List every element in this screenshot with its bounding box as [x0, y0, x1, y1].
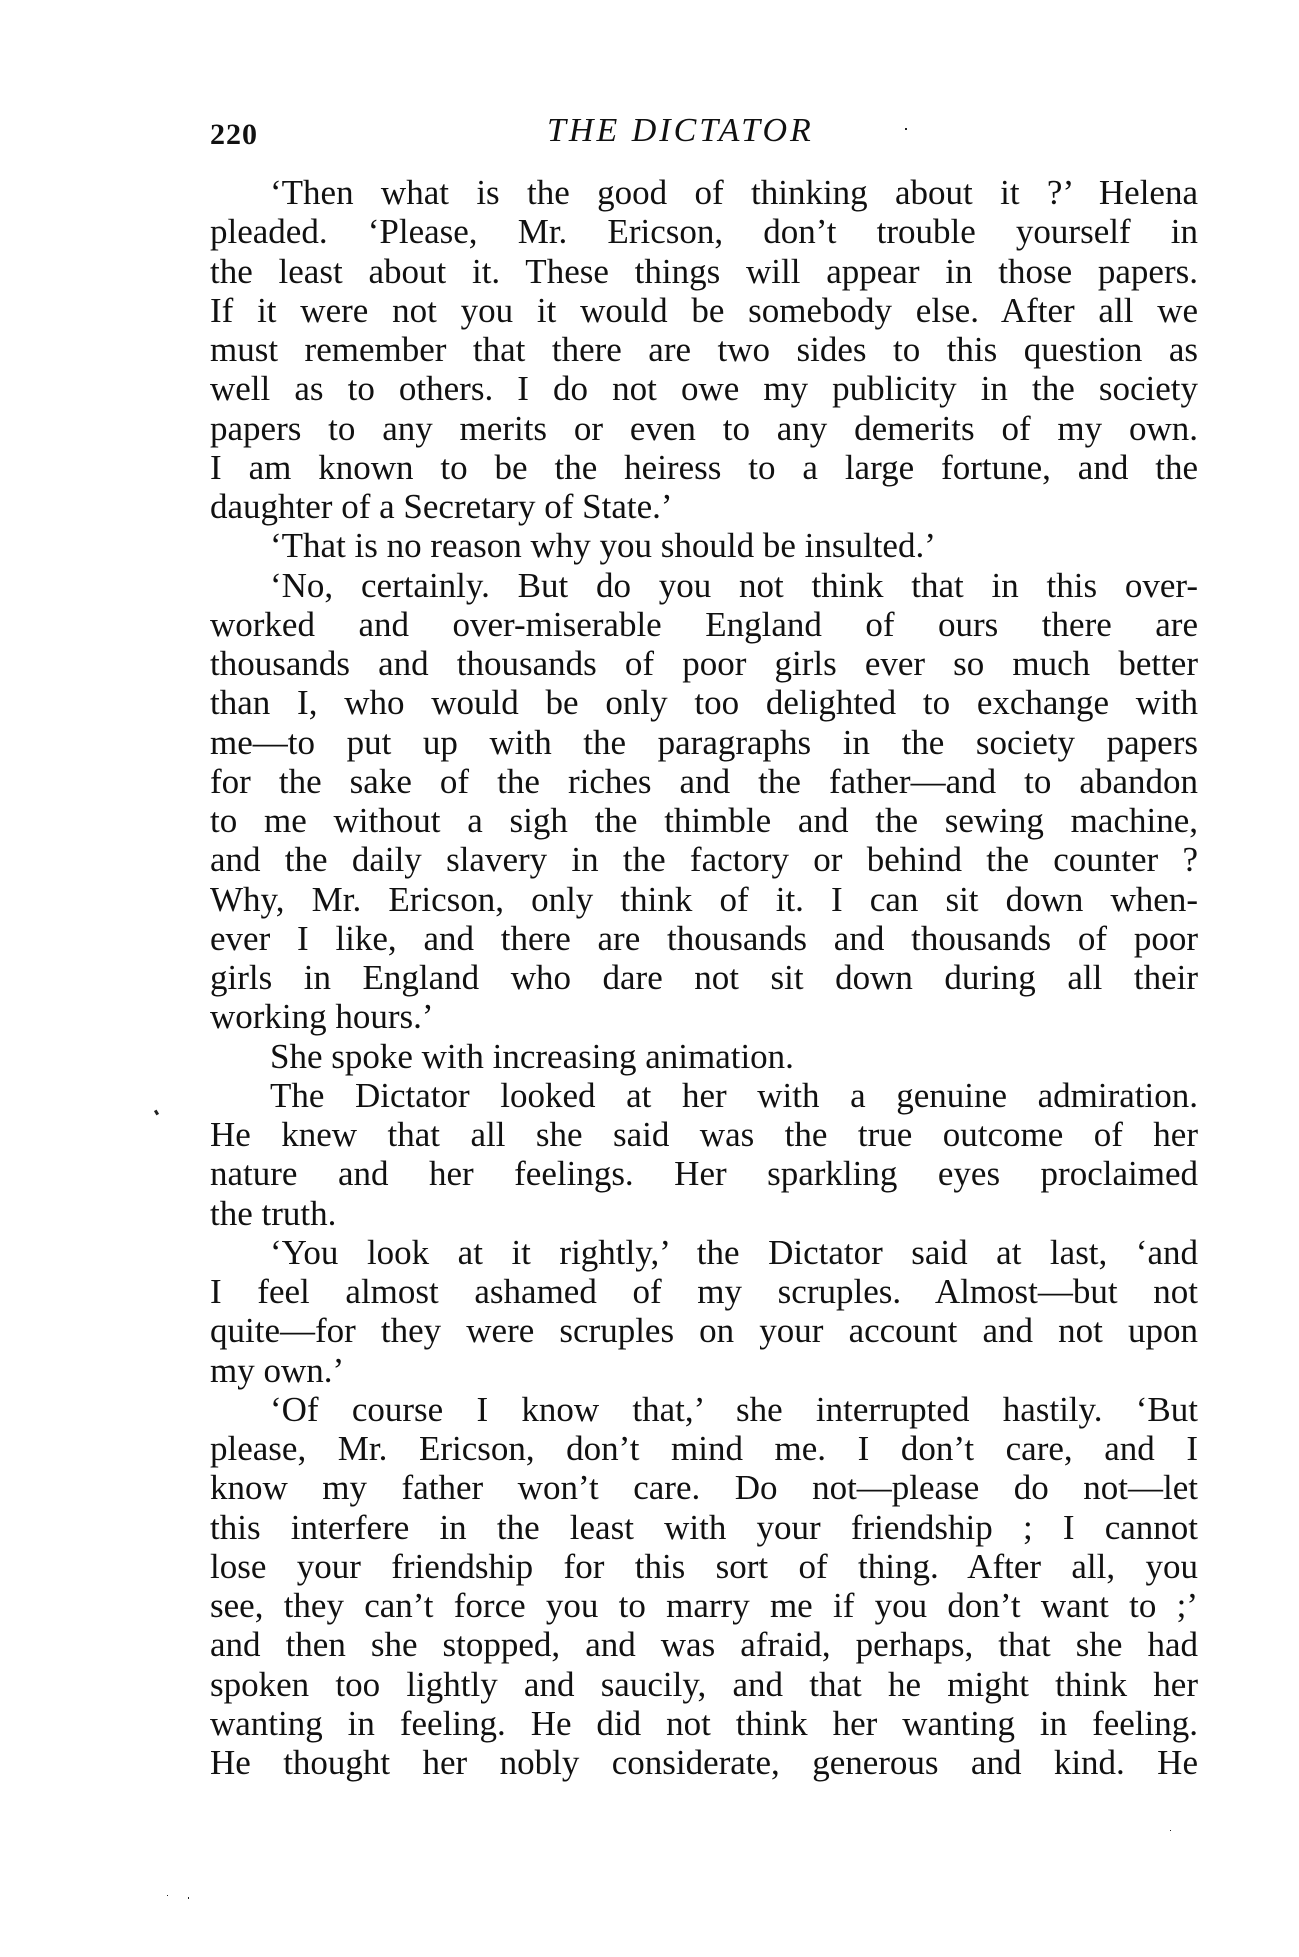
page-header: 220 THE DICTATOR	[210, 112, 1198, 148]
text-line: girls in England who dare not sit down d…	[210, 958, 1198, 997]
running-title: THE DICTATOR	[547, 112, 814, 150]
text-line: He thought her nobly considerate, genero…	[210, 1743, 1198, 1782]
text-line: to me without a sigh the thimble and the…	[210, 801, 1198, 840]
text-line: know my father won’t care. Do not—please…	[210, 1468, 1198, 1507]
text-line: ‘That is no reason why you should be ins…	[210, 526, 1198, 565]
text-line: must remember that there are two sides t…	[210, 330, 1198, 369]
text-line: She spoke with increasing animation.	[210, 1037, 1198, 1076]
text-line: and the daily slavery in the factory or …	[210, 840, 1198, 879]
text-line: my own.’	[210, 1351, 1198, 1390]
text-line: spoken too lightly and saucily, and that…	[210, 1665, 1198, 1704]
print-speck	[167, 1895, 168, 1896]
text-line: the least about it. These things will ap…	[210, 252, 1198, 291]
text-line: well as to others. I do not owe my publi…	[210, 369, 1198, 408]
text-line: than I, who would be only too delighted …	[210, 683, 1198, 722]
text-line: this interfere in the least with your fr…	[210, 1508, 1198, 1547]
print-mark	[154, 1110, 159, 1116]
text-line: ‘No, certainly. But do you not think tha…	[210, 566, 1198, 605]
text-line: wanting in feeling. He did not think her…	[210, 1704, 1198, 1743]
text-line: worked and over-miserable England of our…	[210, 605, 1198, 644]
text-line: ‘Then what is the good of thinking about…	[210, 173, 1198, 212]
text-line: ‘You look at it rightly,’ the Dictator s…	[210, 1233, 1198, 1272]
text-line: please, Mr. Ericson, don’t mind me. I do…	[210, 1429, 1198, 1468]
text-line: me—to put up with the paragraphs in the …	[210, 723, 1198, 762]
print-speck	[1170, 1830, 1171, 1831]
page-number: 220	[210, 118, 258, 152]
text-line: lose your friendship for this sort of th…	[210, 1547, 1198, 1586]
text-line: the truth.	[210, 1194, 1198, 1233]
book-page: 220 THE DICTATOR ‘Then what is the good …	[0, 0, 1299, 1957]
print-speck	[905, 128, 907, 130]
text-line: daughter of a Secretary of State.’	[210, 487, 1198, 526]
text-line: I feel almost ashamed of my scruples. Al…	[210, 1272, 1198, 1311]
text-line: If it were not you it would be somebody …	[210, 291, 1198, 330]
text-line: papers to any merits or even to any deme…	[210, 409, 1198, 448]
body-text: ‘Then what is the good of thinking about…	[210, 173, 1198, 1782]
text-line: I am known to be the heiress to a large …	[210, 448, 1198, 487]
text-line: for the sake of the riches and the fathe…	[210, 762, 1198, 801]
text-line: pleaded. ‘Please, Mr. Ericson, don’t tro…	[210, 212, 1198, 251]
text-line: ‘Of course I know that,’ she interrupted…	[210, 1390, 1198, 1429]
text-line: ever I like, and there are thousands and…	[210, 919, 1198, 958]
print-speck	[188, 1897, 189, 1899]
text-line: thousands and thousands of poor girls ev…	[210, 644, 1198, 683]
text-line: working hours.’	[210, 997, 1198, 1036]
text-line: quite—for they were scruples on your acc…	[210, 1311, 1198, 1350]
text-line: He knew that all she said was the true o…	[210, 1115, 1198, 1154]
text-line: and then she stopped, and was afraid, pe…	[210, 1625, 1198, 1664]
text-line: Why, Mr. Ericson, only think of it. I ca…	[210, 880, 1198, 919]
text-line: nature and her feelings. Her sparkling e…	[210, 1154, 1198, 1193]
text-line: see, they can’t force you to marry me if…	[210, 1586, 1198, 1625]
text-line: The Dictator looked at her with a genuin…	[210, 1076, 1198, 1115]
